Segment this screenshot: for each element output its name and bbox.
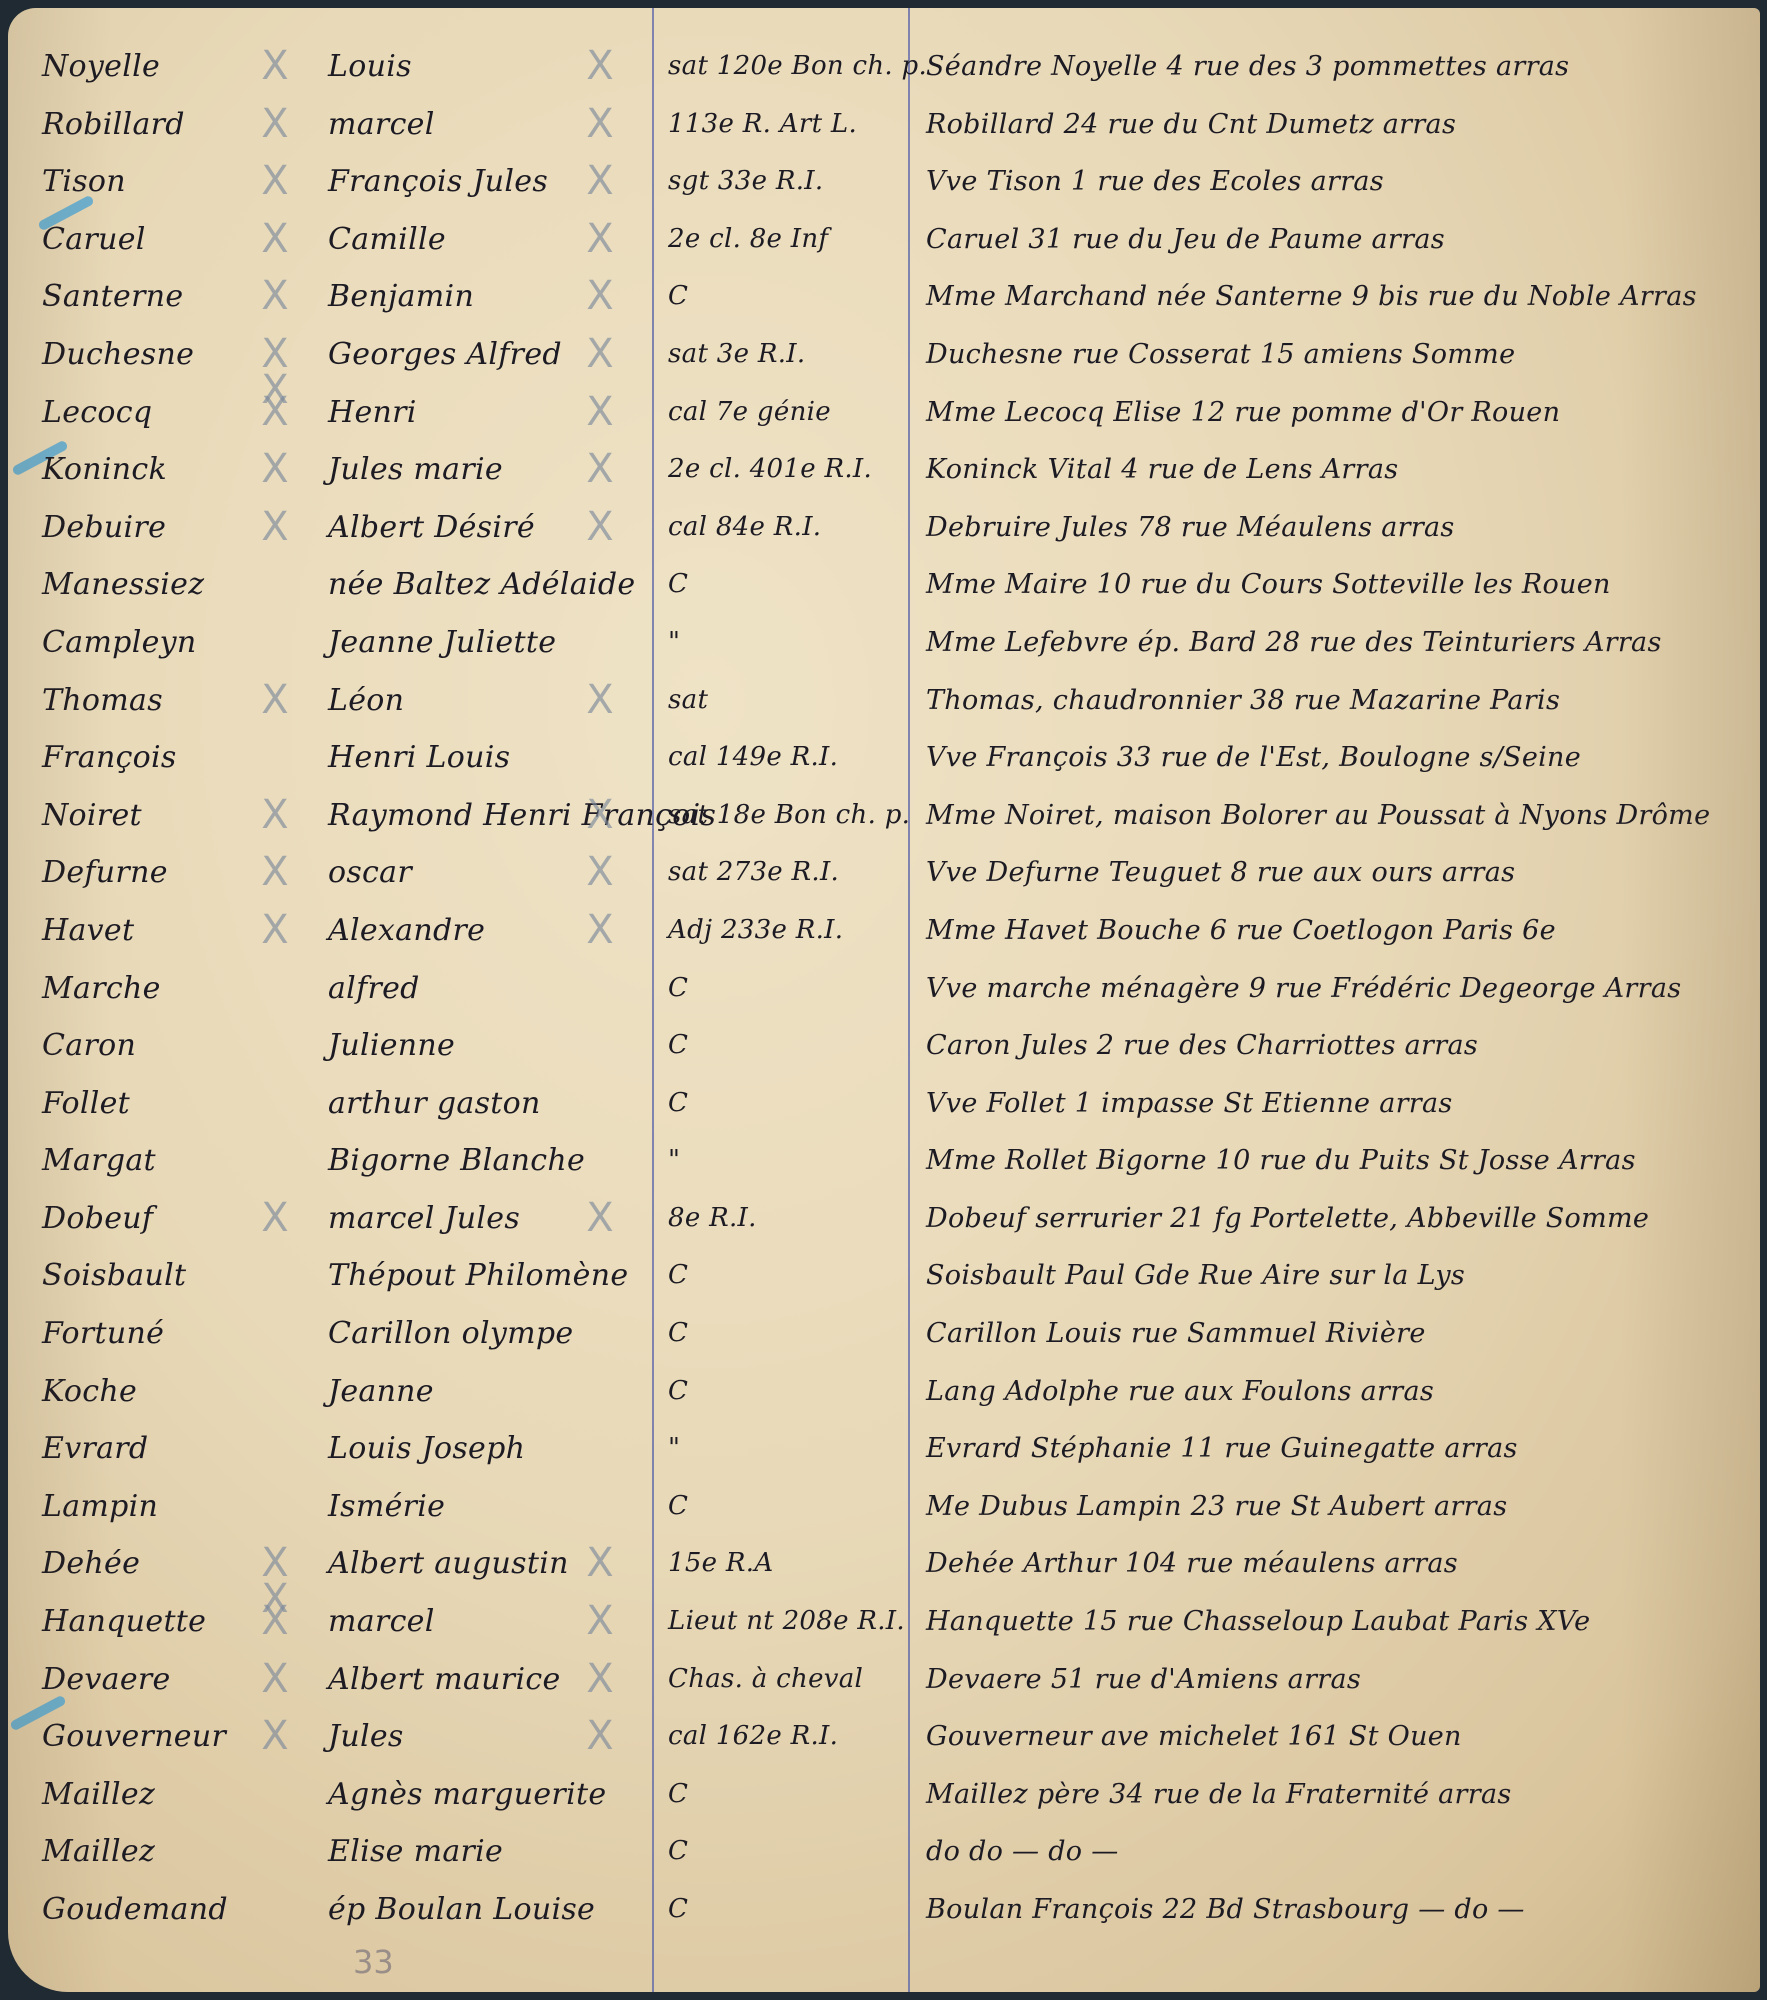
register-row: Maillez Elise marie C do do — do —	[8, 1823, 1760, 1881]
pencil-cross-mark-icon: X	[583, 1603, 617, 1639]
register-row: Dehée X X Albert augustin X 15e R.A Dehé…	[8, 1535, 1760, 1593]
register-entries: Noyelle X Louis X sat 120e Bon ch. p. Sé…	[8, 38, 1760, 1939]
register-row: Debuire X Albert Désiré X cal 84e R.I. D…	[8, 499, 1760, 557]
rank-unit: sat 273e R.I.	[668, 844, 903, 901]
contact-address: Duchesne rue Cosserat 15 amiens Somme	[926, 326, 1746, 383]
rank-unit: C	[668, 1766, 903, 1823]
pencil-cross-mark-icon	[583, 1891, 617, 1927]
rank-unit: C	[668, 1247, 903, 1304]
rank-unit: "	[668, 1132, 903, 1189]
contact-address: Hanquette 15 rue Chasseloup Laubat Paris…	[926, 1593, 1746, 1650]
pencil-cross-mark-icon: X	[583, 336, 617, 372]
rank-unit: cal 7e génie	[668, 384, 903, 441]
pencil-cross-mark-icon: X	[258, 1603, 292, 1639]
surname: Thomas	[42, 672, 262, 729]
pencil-cross-mark-icon	[583, 1085, 617, 1121]
surname: Duchesne	[42, 326, 262, 383]
surname: Noyelle	[42, 38, 262, 95]
surname: Maillez	[42, 1766, 262, 1823]
pencil-cross-mark-icon: X	[258, 1200, 292, 1236]
surname: Lampin	[42, 1478, 262, 1535]
rank-unit: C	[668, 556, 903, 613]
pencil-cross-mark-icon: X	[258, 106, 292, 142]
pencil-cross-mark-icon	[583, 739, 617, 775]
pencil-cross-mark-icon: X	[258, 48, 292, 84]
pencil-cross-mark-icon	[258, 970, 292, 1006]
rank-unit: "	[668, 1420, 903, 1477]
pencil-cross-mark-icon: X	[583, 509, 617, 545]
contact-address: Mme Noiret, maison Bolorer au Poussat à …	[926, 787, 1746, 844]
pencil-cross-mark-icon: X	[583, 912, 617, 948]
pencil-cross-mark-icon: X	[583, 394, 617, 430]
register-row: Thomas X Léon X sat Thomas, chaudronnier…	[8, 672, 1760, 730]
register-row: Noyelle X Louis X sat 120e Bon ch. p. Sé…	[8, 38, 1760, 96]
rank-unit: C	[668, 1305, 903, 1362]
rank-unit: C	[668, 1478, 903, 1535]
surname: Gouverneur	[42, 1708, 262, 1765]
surname: Devaere	[42, 1651, 262, 1708]
pencil-cross-mark-icon: X	[583, 854, 617, 890]
register-row: Evrard Louis Joseph " Evrard Stéphanie 1…	[8, 1420, 1760, 1478]
pencil-cross-mark-icon: X X	[258, 1545, 292, 1581]
surname: Koninck	[42, 441, 262, 498]
pencil-cross-mark-icon	[258, 624, 292, 660]
pencil-cross-mark-icon	[258, 1315, 292, 1351]
pencil-cross-mark-icon: X	[258, 854, 292, 890]
register-row: Follet arthur gaston C Vve Follet 1 impa…	[8, 1075, 1760, 1133]
contact-address: Caron Jules 2 rue des Charriottes arras	[926, 1017, 1746, 1074]
register-row: Gouverneur X Jules X cal 162e R.I. Gouve…	[8, 1708, 1760, 1766]
surname: Follet	[42, 1075, 262, 1132]
register-row: Caruel X Camille X 2e cl. 8e Inf Caruel …	[8, 211, 1760, 269]
pencil-cross-mark-icon	[583, 1373, 617, 1409]
pencil-cross-mark-icon	[258, 1833, 292, 1869]
surname: Lecocq	[42, 384, 262, 441]
register-row: Maillez Agnès marguerite C Maillez père …	[8, 1766, 1760, 1824]
contact-address: Lang Adolphe rue aux Foulons arras	[926, 1363, 1746, 1420]
contact-address: Mme Rollet Bigorne 10 rue du Puits St Jo…	[926, 1132, 1746, 1189]
pencil-cross-mark-icon	[258, 1373, 292, 1409]
pencil-cross-mark-icon: X	[583, 48, 617, 84]
contact-address: Debruire Jules 78 rue Méaulens arras	[926, 499, 1746, 556]
pencil-cross-mark-icon	[583, 970, 617, 1006]
surname: Evrard	[42, 1420, 262, 1477]
pencil-cross-mark-icon: X	[258, 451, 292, 487]
rank-unit: "	[668, 614, 903, 671]
contact-address: Mme Lecocq Elise 12 rue pomme d'Or Rouen	[926, 384, 1746, 441]
rank-unit: 8e R.I.	[668, 1190, 903, 1247]
register-row: Duchesne X X Georges Alfred X sat 3e R.I…	[8, 326, 1760, 384]
pencil-cross-mark-icon: X	[583, 221, 617, 257]
pencil-cross-mark-icon: X	[258, 394, 292, 430]
surname: Marche	[42, 960, 262, 1017]
rank-unit: 113e R. Art L.	[668, 96, 903, 153]
register-row: Defurne X oscar X sat 273e R.I. Vve Defu…	[8, 844, 1760, 902]
rank-unit: sat	[668, 672, 903, 729]
pencil-cross-mark-icon: X	[583, 797, 617, 833]
pencil-cross-mark-icon	[258, 1430, 292, 1466]
pencil-cross-mark-icon	[258, 1891, 292, 1927]
pencil-cross-mark-icon	[583, 1430, 617, 1466]
rank-unit: sat 18e Bon ch. p.	[668, 787, 903, 844]
pencil-cross-mark-icon	[258, 1027, 292, 1063]
rank-unit: C	[668, 268, 903, 325]
rank-unit: Adj 233e R.I.	[668, 902, 903, 959]
rank-unit: cal 149e R.I.	[668, 729, 903, 786]
pencil-cross-mark-icon: X	[583, 451, 617, 487]
register-row: Robillard X marcel X 113e R. Art L. Robi…	[8, 96, 1760, 154]
contact-address: Me Dubus Lampin 23 rue St Aubert arras	[926, 1478, 1746, 1535]
rank-unit: Chas. à cheval	[668, 1651, 903, 1708]
pencil-cross-mark-icon: X	[583, 278, 617, 314]
register-row: Santerne X Benjamin X C Mme Marchand née…	[8, 268, 1760, 326]
pencil-cross-mark-icon: X	[583, 1661, 617, 1697]
register-row: Tison X François Jules X sgt 33e R.I. Vv…	[8, 153, 1760, 211]
pencil-cross-mark-icon: X	[583, 1718, 617, 1754]
contact-address: Boulan François 22 Bd Strasbourg — do —	[926, 1881, 1746, 1938]
pencil-cross-mark-icon: X	[258, 797, 292, 833]
surname: Debuire	[42, 499, 262, 556]
pencil-cross-mark-icon	[583, 1776, 617, 1812]
pencil-cross-mark-icon	[583, 1027, 617, 1063]
pencil-cross-mark-icon: X	[583, 1545, 617, 1581]
register-row: Lampin Ismérie C Me Dubus Lampin 23 rue …	[8, 1478, 1760, 1536]
register-row: Manessiez née Baltez Adélaide C Mme Mair…	[8, 556, 1760, 614]
contact-address: Koninck Vital 4 rue de Lens Arras	[926, 441, 1746, 498]
contact-address: Devaere 51 rue d'Amiens arras	[926, 1651, 1746, 1708]
page-number: 33	[353, 1943, 394, 1981]
rank-unit: C	[668, 1363, 903, 1420]
rank-unit: 2e cl. 401e R.I.	[668, 441, 903, 498]
pencil-cross-mark-icon	[583, 1488, 617, 1524]
pencil-cross-mark-icon	[583, 1315, 617, 1351]
pencil-cross-mark-icon: X	[258, 912, 292, 948]
pencil-cross-mark-icon	[583, 1257, 617, 1293]
rank-unit: C	[668, 1881, 903, 1938]
rank-unit: C	[668, 960, 903, 1017]
contact-address: Robillard 24 rue du Cnt Dumetz arras	[926, 96, 1746, 153]
register-row: Koche Jeanne C Lang Adolphe rue aux Foul…	[8, 1363, 1760, 1421]
register-row: Marche alfred C Vve marche ménagère 9 ru…	[8, 960, 1760, 1018]
surname: Hanquette	[42, 1593, 262, 1650]
pencil-cross-mark-icon: X	[583, 163, 617, 199]
surname: Robillard	[42, 96, 262, 153]
surname: Santerne	[42, 268, 262, 325]
contact-address: Mme Marchand née Santerne 9 bis rue du N…	[926, 268, 1746, 325]
contact-address: Vve marche ménagère 9 rue Frédéric Degeo…	[926, 960, 1746, 1017]
surname: Dehée	[42, 1535, 262, 1592]
surname: Goudemand	[42, 1881, 262, 1938]
contact-address: Mme Havet Bouche 6 rue Coetlogon Paris 6…	[926, 902, 1746, 959]
surname: Manessiez	[42, 556, 262, 613]
contact-address: Caruel 31 rue du Jeu de Paume arras	[926, 211, 1746, 268]
rank-unit: cal 84e R.I.	[668, 499, 903, 556]
pencil-cross-mark-icon	[583, 624, 617, 660]
surname: Tison	[42, 153, 262, 210]
register-row: Lecocq X Henri X cal 7e génie Mme Lecocq…	[8, 384, 1760, 442]
surname: Noiret	[42, 787, 262, 844]
pencil-cross-mark-icon	[583, 1142, 617, 1178]
pencil-cross-mark-icon: X	[583, 1200, 617, 1236]
contact-address: Vve Tison 1 rue des Ecoles arras	[926, 153, 1746, 210]
register-row: Goudemand ép Boulan Louise C Boulan Fran…	[8, 1881, 1760, 1939]
pencil-cross-mark-icon: X	[258, 1661, 292, 1697]
pencil-cross-mark-icon: X	[258, 278, 292, 314]
rank-unit: 15e R.A	[668, 1535, 903, 1592]
surname: Defurne	[42, 844, 262, 901]
pencil-cross-mark-icon	[258, 1142, 292, 1178]
pencil-cross-mark-icon	[258, 1085, 292, 1121]
pencil-cross-mark-icon: X	[258, 221, 292, 257]
contact-address: Maillez père 34 rue de la Fraternité arr…	[926, 1766, 1746, 1823]
contact-address: Vve François 33 rue de l'Est, Boulogne s…	[926, 729, 1746, 786]
surname: Havet	[42, 902, 262, 959]
pencil-cross-mark-icon: X	[258, 1718, 292, 1754]
contact-address: Séandre Noyelle 4 rue des 3 pommettes ar…	[926, 38, 1746, 95]
register-row: Devaere X Albert maurice X Chas. à cheva…	[8, 1651, 1760, 1709]
register-row: Noiret X Raymond Henri François X sat 18…	[8, 787, 1760, 845]
surname: Campleyn	[42, 614, 262, 671]
contact-address: Vve Defurne Teuguet 8 rue aux ours arras	[926, 844, 1746, 901]
contact-address: Evrard Stéphanie 11 rue Guinegatte arras	[926, 1420, 1746, 1477]
register-row: Caron Julienne C Caron Jules 2 rue des C…	[8, 1017, 1760, 1075]
pencil-cross-mark-icon	[583, 566, 617, 602]
pencil-cross-mark-icon	[258, 566, 292, 602]
rank-unit: Lieut nt 208e R.I.	[668, 1593, 903, 1650]
pencil-cross-mark-icon: X	[583, 106, 617, 142]
rank-unit: sat 120e Bon ch. p.	[668, 38, 903, 95]
rank-unit: cal 162e R.I.	[668, 1708, 903, 1765]
register-row: Soisbault Thépout Philomène C Soisbault …	[8, 1247, 1760, 1305]
contact-address: Vve Follet 1 impasse St Etienne arras	[926, 1075, 1746, 1132]
register-row: Havet X Alexandre X Adj 233e R.I. Mme Ha…	[8, 902, 1760, 960]
rank-unit: 2e cl. 8e Inf	[668, 211, 903, 268]
surname: Dobeuf	[42, 1190, 262, 1247]
surname: Soisbault	[42, 1247, 262, 1304]
pencil-cross-mark-icon	[258, 739, 292, 775]
pencil-cross-mark-icon: X	[258, 682, 292, 718]
pencil-cross-mark-icon	[258, 1488, 292, 1524]
surname: François	[42, 729, 262, 786]
contact-address: Soisbault Paul Gde Rue Aire sur la Lys	[926, 1247, 1746, 1304]
rank-unit: sat 3e R.I.	[668, 326, 903, 383]
rank-unit: C	[668, 1017, 903, 1074]
pencil-cross-mark-icon	[258, 1776, 292, 1812]
register-row: Koninck X Jules marie X 2e cl. 401e R.I.…	[8, 441, 1760, 499]
surname: Caron	[42, 1017, 262, 1074]
contact-address: Dehée Arthur 104 rue méaulens arras	[926, 1535, 1746, 1592]
contact-address: Thomas, chaudronnier 38 rue Mazarine Par…	[926, 672, 1746, 729]
pencil-cross-mark-icon	[258, 1257, 292, 1293]
surname: Caruel	[42, 211, 262, 268]
contact-address: Mme Lefebvre ép. Bard 28 rue des Teintur…	[926, 614, 1746, 671]
pencil-cross-mark-icon: X	[258, 163, 292, 199]
contact-address: Carillon Louis rue Sammuel Rivière	[926, 1305, 1746, 1362]
register-row: Hanquette X marcel X Lieut nt 208e R.I. …	[8, 1593, 1760, 1651]
surname: Maillez	[42, 1823, 262, 1880]
pencil-cross-mark-icon: X	[583, 682, 617, 718]
contact-address: Dobeuf serrurier 21 fg Portelette, Abbev…	[926, 1190, 1746, 1247]
surname: Fortuné	[42, 1305, 262, 1362]
rank-unit: C	[668, 1075, 903, 1132]
pencil-cross-mark-icon: X X	[258, 336, 292, 372]
contact-address: Gouverneur ave michelet 161 St Ouen	[926, 1708, 1746, 1765]
register-row: Campleyn Jeanne Juliette " Mme Lefebvre …	[8, 614, 1760, 672]
contact-address: do do — do —	[926, 1823, 1746, 1880]
register-row: François Henri Louis cal 149e R.I. Vve F…	[8, 729, 1760, 787]
register-page: Noyelle X Louis X sat 120e Bon ch. p. Sé…	[8, 8, 1760, 1992]
pencil-cross-mark-icon: X	[258, 509, 292, 545]
contact-address: Mme Maire 10 rue du Cours Sotteville les…	[926, 556, 1746, 613]
pencil-cross-mark-icon	[583, 1833, 617, 1869]
rank-unit: C	[668, 1823, 903, 1880]
surname: Margat	[42, 1132, 262, 1189]
register-row: Fortuné Carillon olympe C Carillon Louis…	[8, 1305, 1760, 1363]
register-row: Margat Bigorne Blanche " Mme Rollet Bigo…	[8, 1132, 1760, 1190]
surname: Koche	[42, 1363, 262, 1420]
rank-unit: sgt 33e R.I.	[668, 153, 903, 210]
register-row: Dobeuf X marcel Jules X 8e R.I. Dobeuf s…	[8, 1190, 1760, 1248]
